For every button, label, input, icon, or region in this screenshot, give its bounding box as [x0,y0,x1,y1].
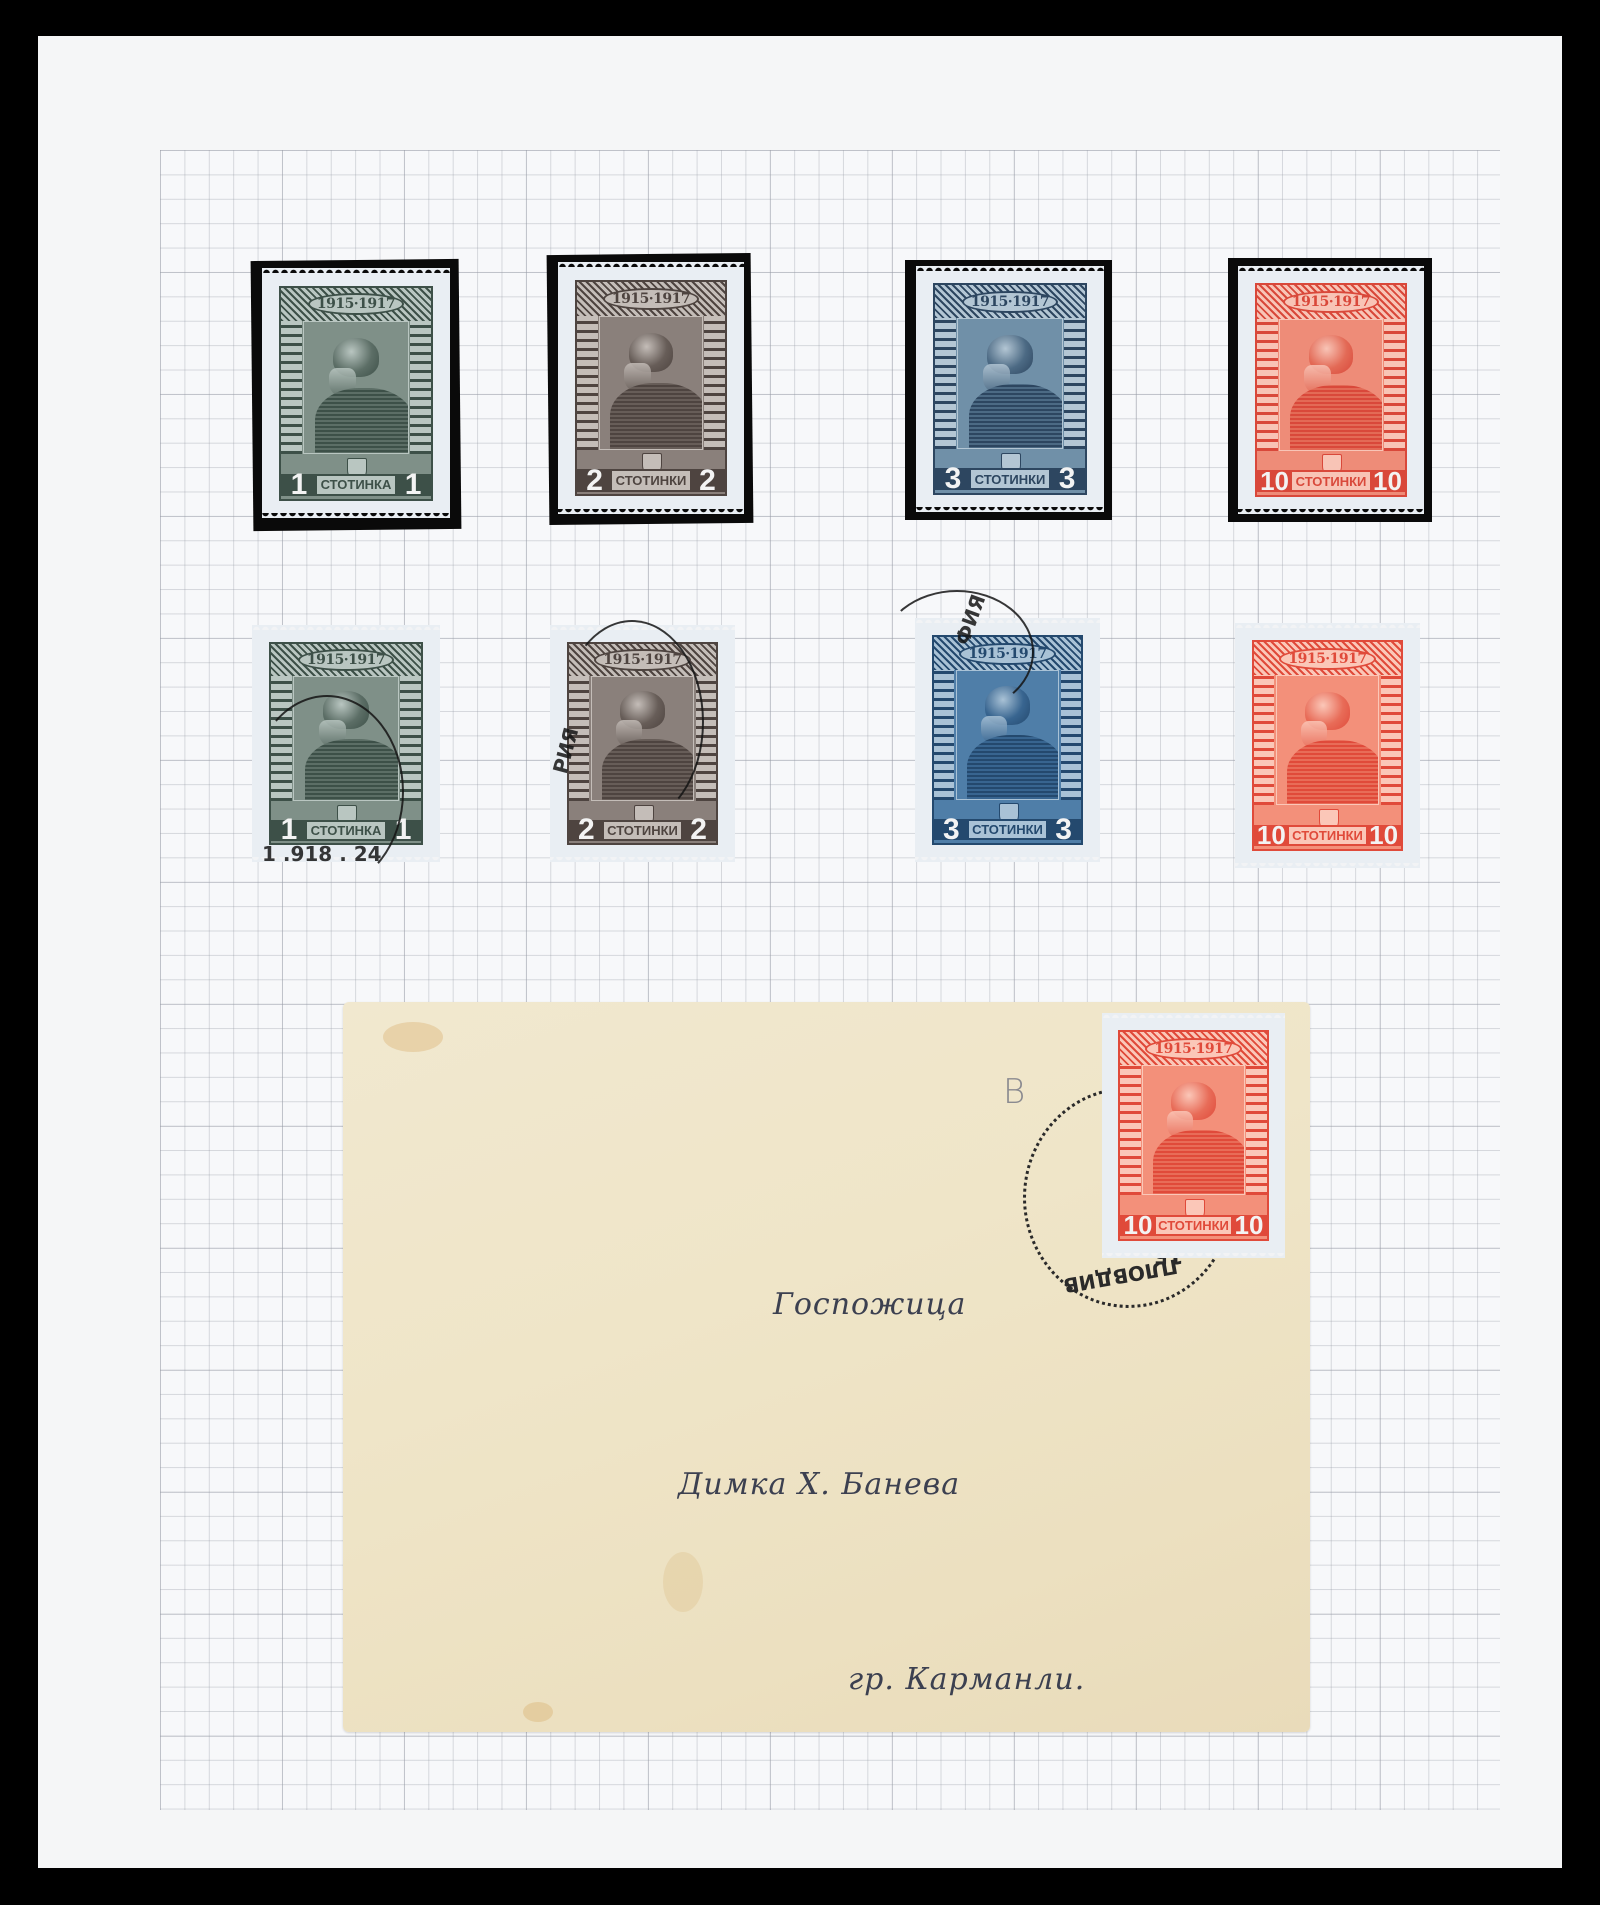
denomination-left: 3 [935,468,971,490]
year-label: 1915·1917 [1145,1038,1241,1060]
currency-label: СТОТИНКИ [1156,1215,1232,1237]
portrait-tsar-ferdinand [1279,319,1383,451]
stamp-design: 1915·1917 3 СТОТИНКИ 3 [933,283,1087,495]
currency-label: СТОТИНКИ [969,819,1046,841]
stamp-top-frame: 1915·1917 [1254,642,1402,675]
portrait-uniform [1153,1130,1244,1195]
ornament-left [1254,675,1275,805]
stamp-top-frame: 1915·1917 [1120,1032,1266,1065]
value-row: 10 СТОТИНКИ 10 [1120,1215,1266,1237]
portrait-uniform [969,384,1063,449]
portrait-uniform [1287,740,1379,805]
stamp-value-panel: 2 СТОТИНКИ 2 [577,450,726,495]
ornament-right [410,321,431,454]
ornament-right [1381,675,1402,805]
portrait-tsar-ferdinand [1276,675,1379,805]
year-label: 1915·1917 [298,649,394,671]
stamp-value-panel: 10 СТОТИНКИ 10 [1254,805,1402,848]
ornament-left [935,318,956,449]
portrait-tsar-ferdinand [1142,1065,1244,1195]
value-row: 3 СТОТИНКИ 3 [935,468,1085,490]
currency-label: СТОТИНКА [317,474,395,496]
cover-stamp-10-red: 1915·1917 10 СТОТИНКИ 10 [1102,1013,1285,1258]
year-label: 1915·1917 [603,288,699,310]
portrait-tsar-ferdinand [599,316,703,450]
value-row: 2 СТОТИНКИ 2 [569,820,717,841]
cancellation-postmark [560,620,704,824]
value-row: 10 СТОТИНКИ 10 [1257,470,1406,492]
stamp-design: 1915·1917 10 СТОТИНКИ 10 [1118,1030,1268,1241]
year-label: 1915·1917 [1279,648,1375,670]
stamp-value-panel: 10 СТОТИНКИ 10 [1257,451,1406,495]
denomination-left: 2 [569,820,604,841]
denomination-left: 1 [281,474,317,496]
ornament-left [281,321,302,454]
stamp-3-blue: 1915·1917 3 СТОТИНКИ 3 [916,266,1104,512]
ornament-right [1246,1065,1266,1195]
portrait-tsar-ferdinand [957,318,1062,449]
year-label: 1915·1917 [308,293,404,315]
portrait-uniform [1290,385,1383,451]
stain [523,1702,553,1722]
cancellation-text: 1 .918 . 24 [262,842,382,866]
stamp-top-frame: 1915·1917 [935,285,1085,318]
denomination-left: 10 [1120,1215,1155,1237]
ornament-right [1061,670,1082,800]
stamp-top-frame: 1915·1917 [1257,285,1406,318]
stain [383,1022,443,1052]
denomination-right: 2 [690,469,726,491]
value-row: 1 СТОТИНКА 1 [281,474,431,496]
stamp-value-panel: 1 СТОТИНКА 1 [281,454,431,498]
address-line-2: Димка Х. Банева [678,1467,960,1502]
denomination-left: 10 [1254,825,1289,847]
denomination-right: 10 [1366,825,1401,847]
stamp-10-red: 1915·1917 10 СТОТИНКИ 10 [1235,623,1420,868]
stamp-value-panel: 3 СТОТИНКИ 3 [934,800,1082,843]
denomination-right: 2 [681,820,716,841]
ornament-right [1064,318,1085,449]
portrait-uniform [315,388,409,454]
stamp-top-frame: 1915·1917 [281,288,431,322]
ornament-left [577,316,598,450]
stamp-design: 1915·1917 10 СТОТИНКИ 10 [1252,640,1404,851]
currency-label: СТОТИНКИ [612,469,689,491]
ornament-left [1257,319,1278,451]
currency-label: СТОТИНКИ [971,468,1049,490]
denomination-left: 3 [934,819,969,841]
portrait-tsar-ferdinand [303,321,408,454]
cancellation-postmark [880,590,1034,714]
denomination-right: 3 [1046,819,1081,841]
denomination-left: 10 [1257,470,1293,492]
stamp-10-red: 1915·1917 10 СТОТИНКИ 10 [1238,266,1424,514]
denomination-right: 10 [1370,470,1406,492]
stamp-2-brown: 1915·1917 2 СТОТИНКИ 2 [558,262,744,514]
currency-label: СТОТИНКИ [1289,825,1366,847]
ornament-right [1384,319,1405,451]
value-row: 3 СТОТИНКИ 3 [934,819,1082,841]
address-line-3: гр. Карманли. [848,1662,1085,1697]
denomination-left: 2 [577,469,613,491]
ornament-left [1120,1065,1140,1195]
denomination-right: 10 [1231,1215,1266,1237]
ornament-right [704,316,725,450]
stain [663,1552,703,1612]
currency-label: СТОТИНКИ [1292,470,1369,492]
value-row: 2 СТОТИНКИ 2 [577,469,726,491]
portrait-uniform [967,735,1059,800]
currency-label: СТОТИНКИ [604,820,681,841]
stamp-value-panel: 10 СТОТИНКИ 10 [1120,1195,1266,1238]
address-line-1: Госпожица [773,1287,966,1322]
stamp-top-frame: 1915·1917 [577,282,726,316]
denomination-right: 3 [1049,468,1085,490]
pencil-mark: В [1003,1072,1025,1112]
denomination-right: 1 [395,474,431,496]
stamp-design: 1915·1917 1 СТОТИНКА 1 [279,286,433,501]
year-label: 1915·1917 [1283,291,1379,313]
year-label: 1915·1917 [962,291,1058,313]
stamp-design: 1915·1917 10 СТОТИНКИ 10 [1255,283,1408,496]
stamp-1-gray-green: 1915·1917 1 СТОТИНКА 1 [262,268,450,518]
portrait-uniform [610,383,703,450]
value-row: 10 СТОТИНКИ 10 [1254,825,1402,847]
stamp-design: 1915·1917 2 СТОТИНКИ 2 [575,280,728,497]
stamp-value-panel: 3 СТОТИНКИ 3 [935,449,1085,493]
stamp-top-frame: 1915·1917 [271,644,421,676]
